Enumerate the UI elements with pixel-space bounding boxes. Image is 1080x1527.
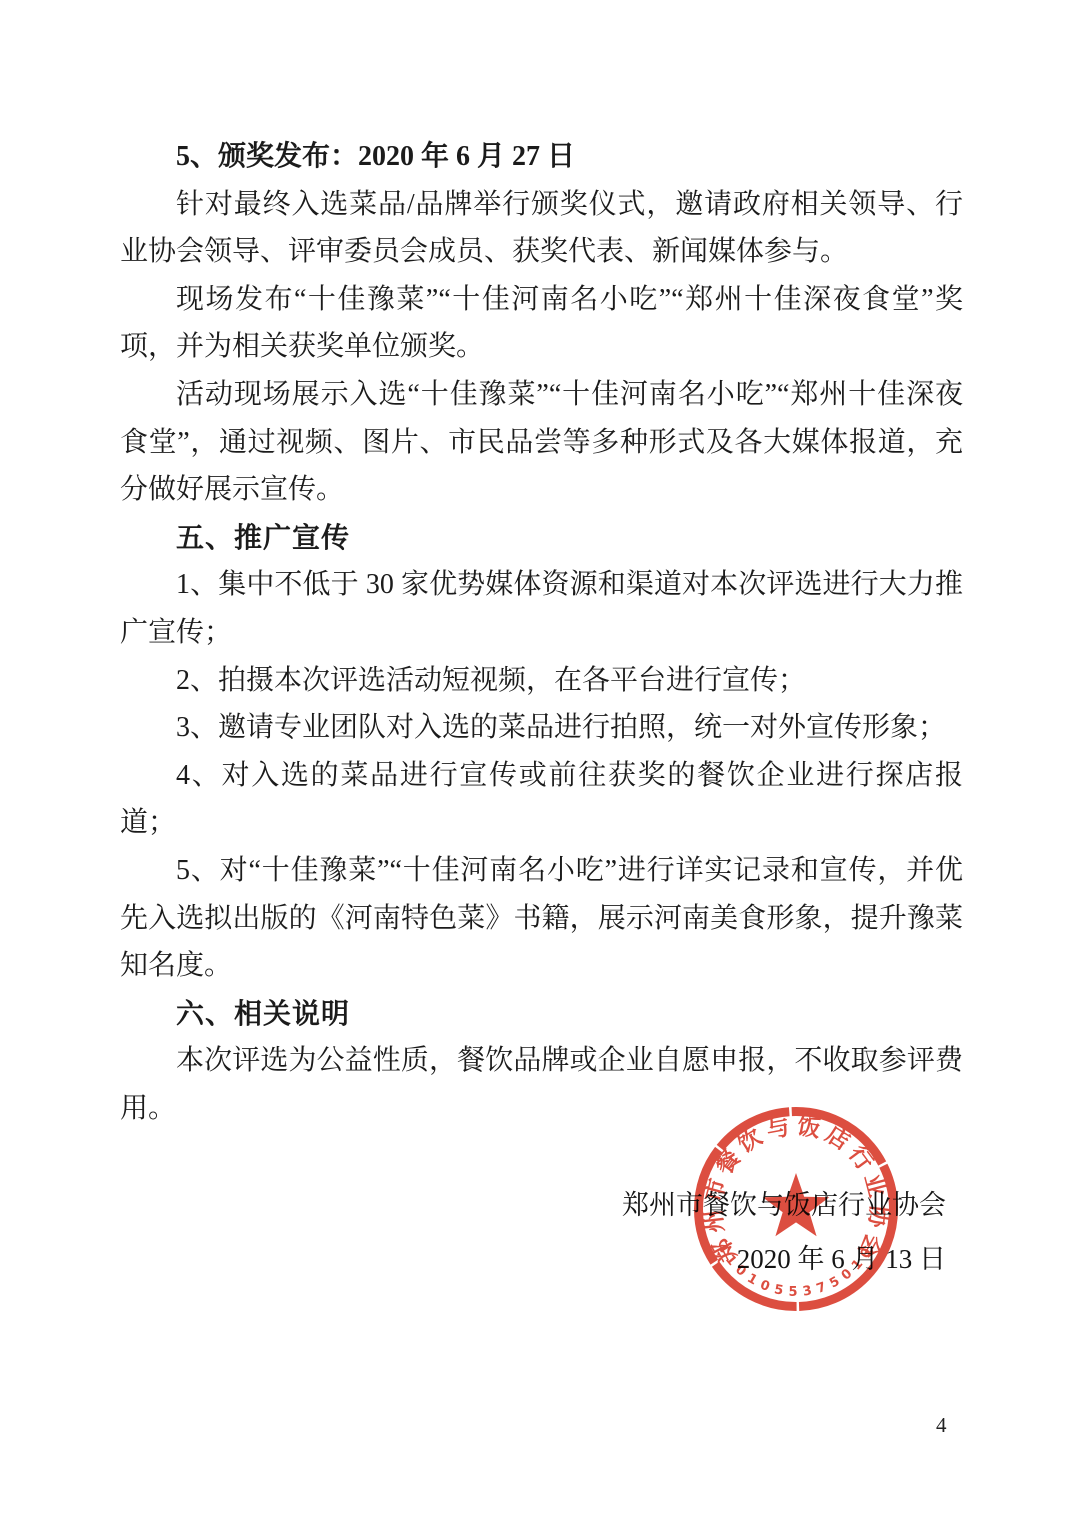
paragraph: 针对最终入选菜品/品牌举行颁奖仪式，邀请政府相关领导、行业协会领导、评审委员会成… (120, 181, 963, 276)
paragraph: 现场发布“十佳豫菜”“十佳河南名小吃”“郑州十佳深夜食堂”奖项，并为相关获奖单位… (120, 276, 963, 371)
paragraph: 1、集中不低于 30 家优势媒体资源和渠道对本次评选进行大力推广宣传； (120, 561, 963, 656)
document-body: 5、颁奖发布：2020 年 6 月 27 日 针对最终入选菜品/品牌举行颁奖仪式… (120, 133, 963, 1132)
paragraph: 5、对“十佳豫菜”“十佳河南名小吃”进行详实记录和宣传，并优先入选拟出版的《河南… (120, 847, 963, 990)
official-seal-stamp: 郑州市餐饮与饭店行业协会 4101055375010 (689, 1102, 903, 1316)
section-heading-promotion: 五、推广宣传 (120, 514, 963, 562)
paragraph: 4、对入选的菜品进行宣传或前往获奖的餐饮企业进行探店报道； (120, 752, 963, 847)
star-icon (763, 1173, 830, 1236)
paragraph: 活动现场展示入选“十佳豫菜”“十佳河南名小吃”“郑州十佳深夜食堂”，通过视频、图… (120, 371, 963, 514)
paragraph: 2、拍摄本次评选活动短视频，在各平台进行宣传； (120, 657, 963, 705)
section-heading-notes: 六、相关说明 (120, 990, 963, 1038)
paragraph: 3、邀请专业团队对入选的菜品进行拍照，统一对外宣传形象； (120, 704, 963, 752)
document-page: 5、颁奖发布：2020 年 6 月 27 日 针对最终入选菜品/品牌举行颁奖仪式… (0, 0, 1080, 1527)
subheading-award-release: 5、颁奖发布：2020 年 6 月 27 日 (120, 133, 963, 181)
page-number: 4 (936, 1413, 947, 1438)
